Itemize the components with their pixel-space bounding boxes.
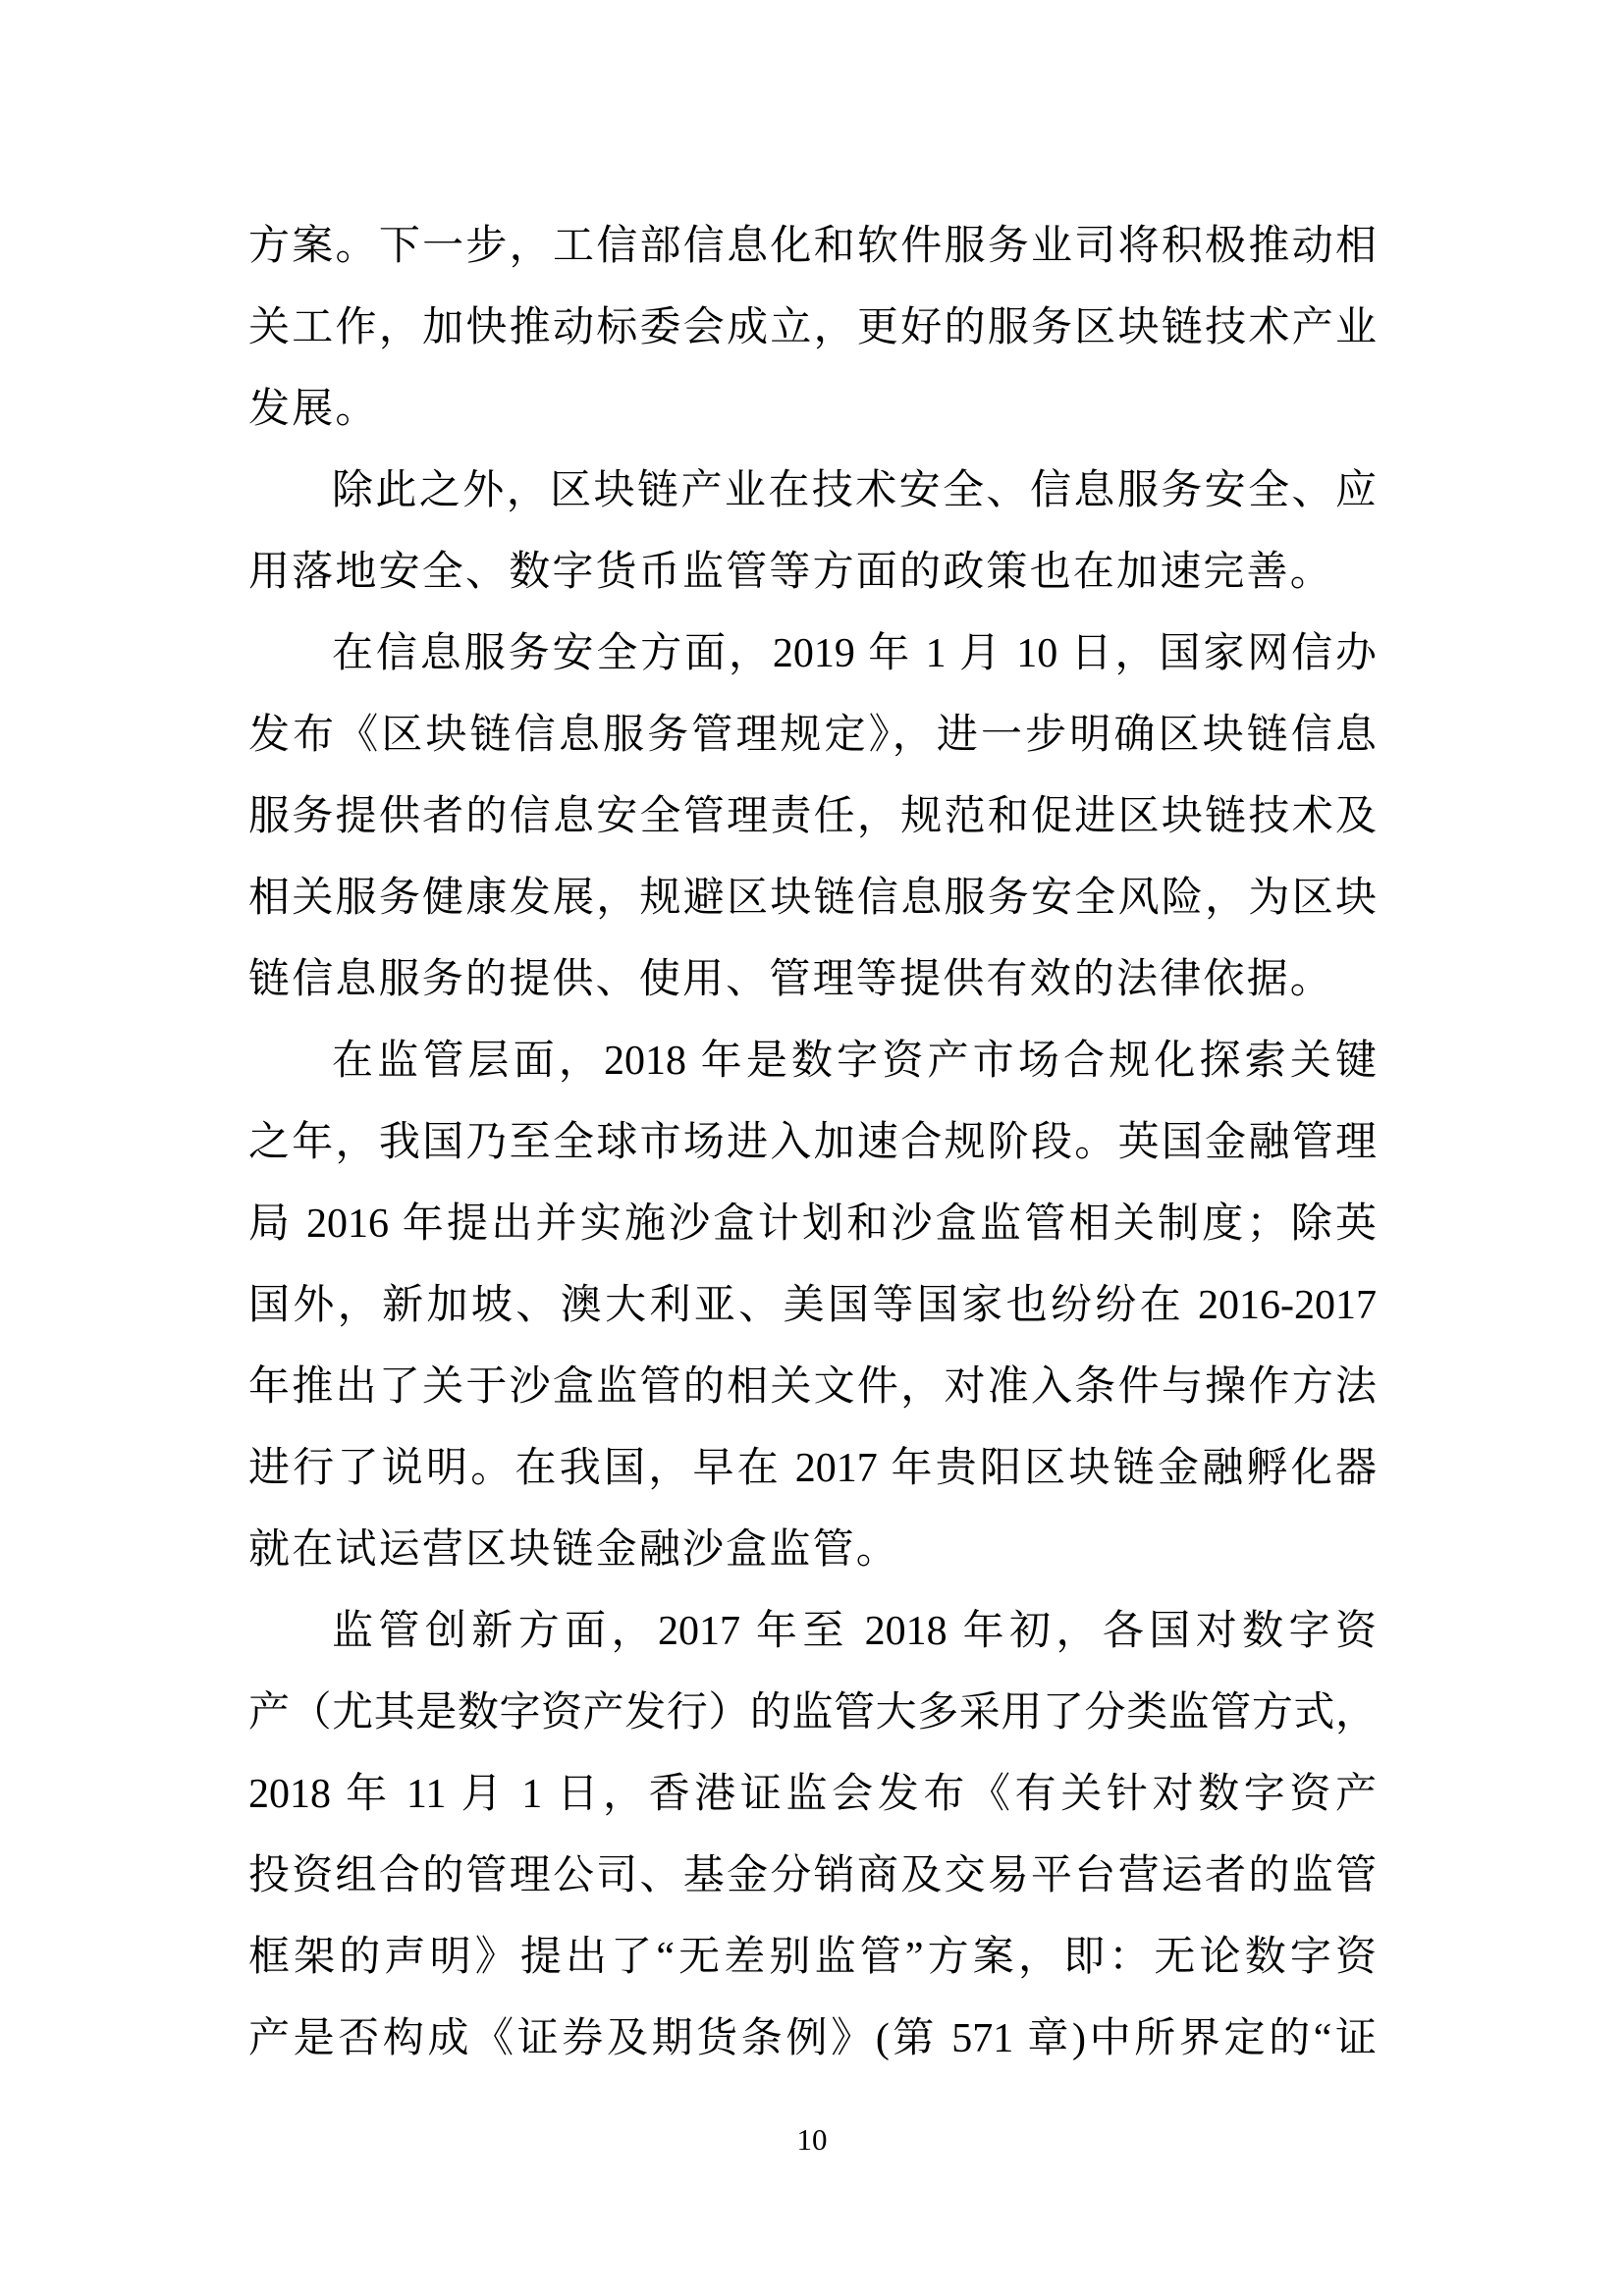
text-line: 链信息服务的提供、使用、管理等提供有效的法律依据。	[248, 939, 1377, 1021]
text-line: 产是否构成《证券及期货条例》(第 571 章)中所界定的“证	[248, 1999, 1377, 2080]
text-line: 相关服务健康发展，规避区块链信息服务安全风险，为区块	[248, 858, 1377, 939]
text-line: 投资组合的管理公司、基金分销商及交易平台营运者的监管	[248, 1836, 1377, 1917]
text-line: 框架的声明》提出了“无差别监管”方案，即：无论数字资	[248, 1917, 1377, 1999]
text-line: 用落地安全、数字货币监管等方面的政策也在加速完善。	[248, 532, 1377, 614]
text-line: 发布《区块链信息服务管理规定》，进一步明确区块链信息	[248, 695, 1377, 776]
text-line: 在监管层面，2018 年是数字资产市场合规化探索关键	[248, 1021, 1377, 1102]
text-line: 关工作，加快推动标委会成立，更好的服务区块链技术产业	[248, 288, 1377, 369]
document-page: 方案。下一步，工信部信息化和软件服务业司将积极推动相 关工作，加快推动标委会成立…	[0, 0, 1624, 2296]
text-line: 发展。	[248, 369, 1377, 451]
page-number: 10	[0, 2120, 1624, 2160]
text-line: 方案。下一步，工信部信息化和软件服务业司将积极推动相	[248, 206, 1377, 288]
text-line: 产（尤其是数字资产发行）的监管大多采用了分类监管方式，	[248, 1673, 1377, 1754]
text-line: 年推出了关于沙盒监管的相关文件，对准入条件与操作方法	[248, 1347, 1377, 1428]
body-text: 方案。下一步，工信部信息化和软件服务业司将积极推动相 关工作，加快推动标委会成立…	[248, 206, 1377, 2080]
text-line: 服务提供者的信息安全管理责任，规范和促进区块链技术及	[248, 776, 1377, 858]
text-line: 国外，新加坡、澳大利亚、美国等国家也纷纷在 2016-2017	[248, 1265, 1377, 1347]
text-line: 除此之外，区块链产业在技术安全、信息服务安全、应	[248, 451, 1377, 532]
text-line: 监管创新方面，2017 年至 2018 年初，各国对数字资	[248, 1591, 1377, 1673]
text-line: 进行了说明。在我国，早在 2017 年贵阳区块链金融孵化器	[248, 1428, 1377, 1510]
text-line: 就在试运营区块链金融沙盒监管。	[248, 1510, 1377, 1591]
text-line: 在信息服务安全方面，2019 年 1 月 10 日，国家网信办	[248, 614, 1377, 695]
text-line: 局 2016 年提出并实施沙盒计划和沙盒监管相关制度；除英	[248, 1184, 1377, 1265]
text-line: 2018 年 11 月 1 日，香港证监会发布《有关针对数字资产	[248, 1754, 1377, 1836]
text-line: 之年，我国乃至全球市场进入加速合规阶段。英国金融管理	[248, 1102, 1377, 1184]
